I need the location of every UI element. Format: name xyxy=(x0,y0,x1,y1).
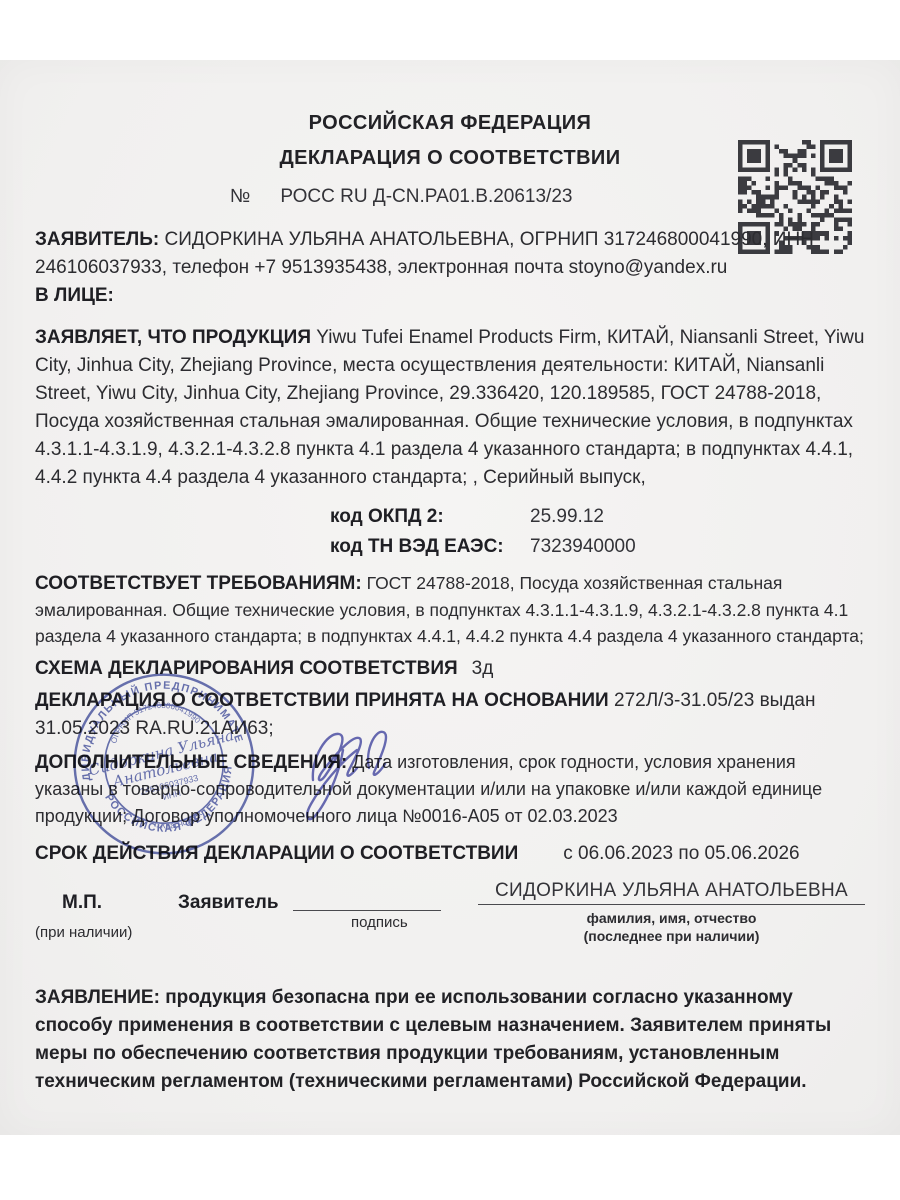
applicant-name-wrap: СИДОРКИНА УЛЬЯНА АНАТОЛЬЕВНА фамилия, им… xyxy=(478,880,865,944)
declares-paragraph: ЗАЯВЛЯЕТ, ЧТО ПРОДУКЦИЯ Yiwu Tufei Ename… xyxy=(35,324,865,492)
tnved-label: код ТН ВЭД ЕАЭС: xyxy=(330,532,530,562)
complies-label: СООТВЕТСТВУЕТ ТРЕБОВАНИЯМ: xyxy=(35,573,362,594)
number-sign: № xyxy=(230,186,250,208)
document-title: ДЕКЛАРАЦИЯ О СООТВЕТСТВИИ xyxy=(35,147,865,170)
name-underline xyxy=(478,904,865,905)
signature-caption: подпись xyxy=(351,914,408,931)
signature-line xyxy=(293,910,441,911)
document-content: РОССИЙСКАЯ ФЕДЕРАЦИЯ ДЕКЛАРАЦИЯ О СООТВЕ… xyxy=(35,112,865,1096)
in-person-label: В ЛИЦЕ: xyxy=(35,285,114,306)
applicant-role-label: Заявитель xyxy=(178,892,279,914)
document-paper: ИНДИВИДУАЛЬНЫЙ ПРЕДПРИНИМАТЕЛЬ РОССИЙСКА… xyxy=(0,60,900,1135)
okpd-value: 25.99.12 xyxy=(530,502,604,532)
statement-label: ЗАЯВЛЕНИЕ: xyxy=(35,987,160,1008)
name-caption-1: фамилия, имя, отчество xyxy=(478,910,865,926)
tnved-row: код ТН ВЭД ЕАЭС: 7323940000 xyxy=(35,532,865,562)
name-caption-2: (последнее при наличии) xyxy=(478,928,865,944)
scanned-declaration-page: ИНДИВИДУАЛЬНЫЙ ПРЕДПРИНИМАТЕЛЬ РОССИЙСКА… xyxy=(0,0,900,1200)
tnved-value: 7323940000 xyxy=(530,532,636,562)
applicant-paragraph: ЗАЯВИТЕЛЬ: СИДОРКИНА УЛЬЯНА АНАТОЛЬЕВНА,… xyxy=(35,226,865,310)
declaration-number-row: № РОСС RU Д-CN.РА01.В.20613/23 xyxy=(230,186,865,208)
validity-value: с 06.06.2023 по 05.06.2026 xyxy=(563,843,799,864)
applicant-label: ЗАЯВИТЕЛЬ: xyxy=(35,229,159,250)
mp-label: М.П. xyxy=(62,892,102,914)
declaration-number: РОСС RU Д-CN.РА01.В.20613/23 xyxy=(280,186,572,208)
country-title: РОССИЙСКАЯ ФЕДЕРАЦИЯ xyxy=(35,112,865,135)
scheme-value: 3д xyxy=(472,658,494,679)
handwritten-signature xyxy=(283,710,463,828)
okpd-label: код ОКПД 2: xyxy=(330,502,530,532)
okpd-row: код ОКПД 2: 25.99.12 xyxy=(35,502,865,532)
applicant-name: СИДОРКИНА УЛЬЯНА АНАТОЛЬЕВНА xyxy=(478,880,865,902)
codes-block: код ОКПД 2: 25.99.12 код ТН ВЭД ЕАЭС: 73… xyxy=(35,502,865,562)
statement-paragraph: ЗАЯВЛЕНИЕ: продукция безопасна при ее ис… xyxy=(35,984,865,1096)
mp-note: (при наличии) xyxy=(35,924,132,941)
complies-paragraph: СООТВЕТСТВУЕТ ТРЕБОВАНИЯМ: ГОСТ 24788-20… xyxy=(35,570,865,649)
declares-label: ЗАЯВЛЯЕТ, ЧТО ПРОДУКЦИЯ xyxy=(35,327,311,348)
scheme-label: СХЕМА ДЕКЛАРИРОВАНИЯ СООТВЕТСТВИЯ xyxy=(35,658,458,679)
signature-block: М.П. (при наличии) Заявитель подпись СИД… xyxy=(35,880,865,980)
declares-text: Yiwu Tufei Enamel Products Firm, КИТАЙ, … xyxy=(35,327,864,488)
